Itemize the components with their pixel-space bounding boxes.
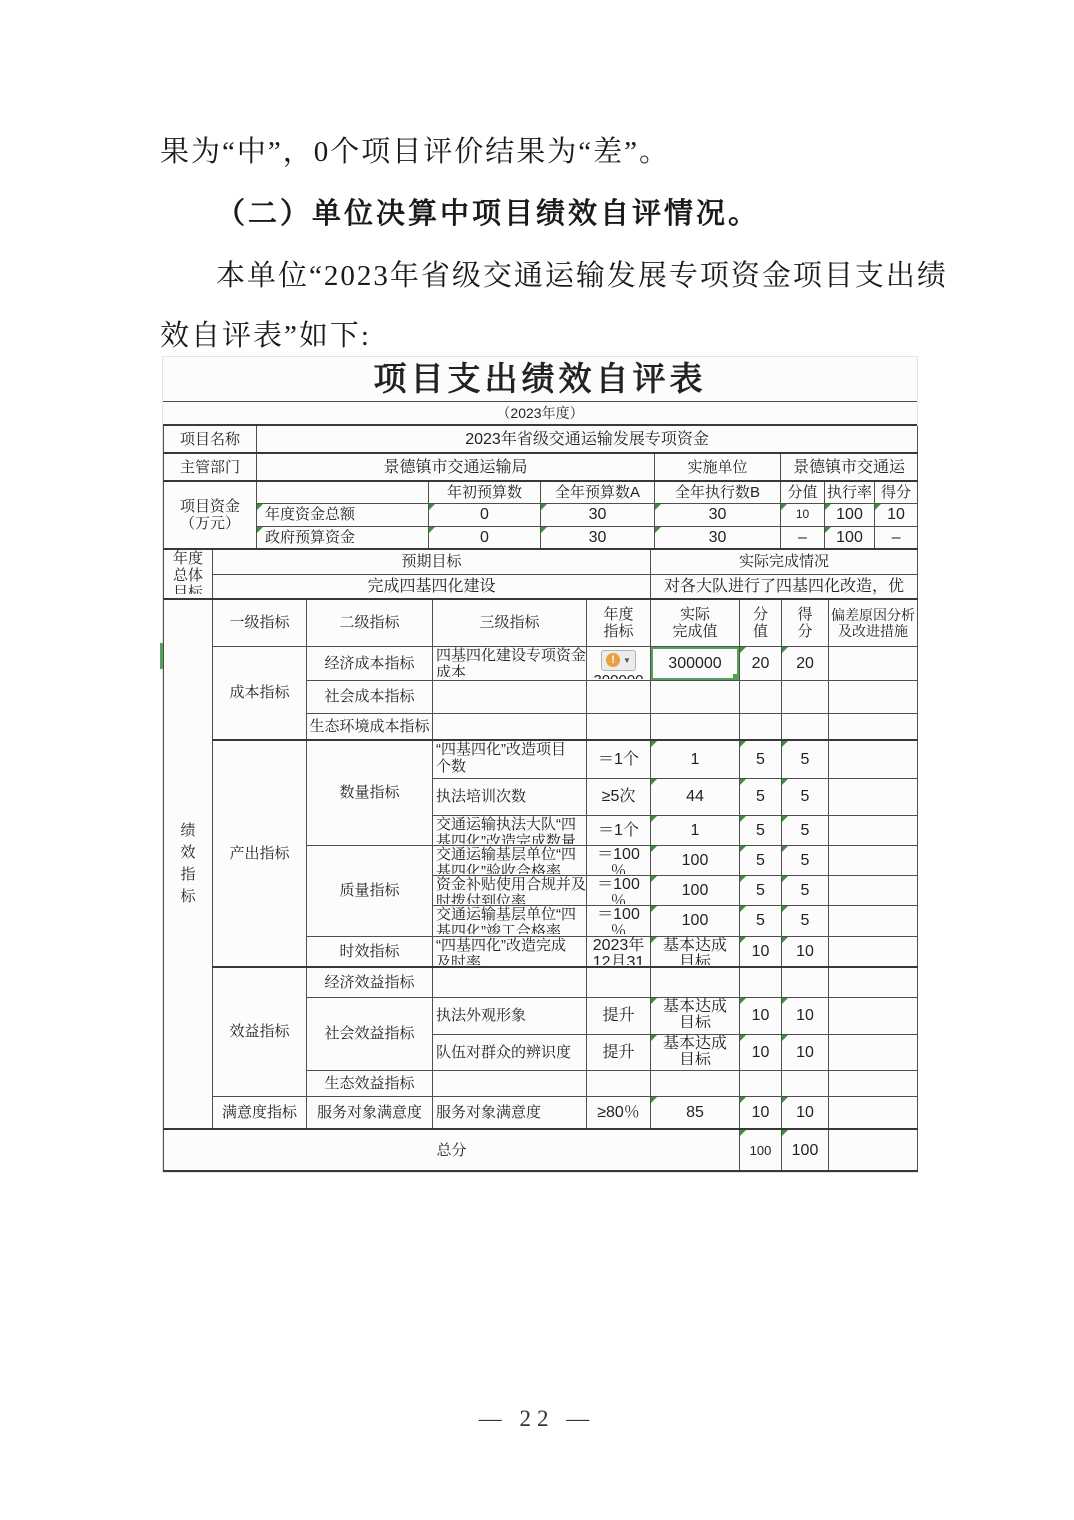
annual-indicator-value: 300000: [593, 672, 643, 679]
level3-cell: 执法培训次数: [433, 778, 587, 815]
deviation-cell: [829, 905, 918, 936]
header-deviation: 偏差原因分析 及改进措施: [829, 600, 918, 646]
empty-cell: [829, 713, 918, 740]
empty-cell: [257, 481, 429, 503]
dept-label: 主管部门: [164, 453, 257, 481]
score-cell: 10: [782, 1034, 829, 1070]
level1-satisfaction: 满意度指标: [213, 1096, 307, 1129]
level3-cell: 交通运输基层单位“四 基四化”竣工合格率: [433, 905, 587, 936]
actual-cell: 基本达成 目标: [651, 936, 740, 967]
deviation-cell: [829, 740, 918, 778]
annual-indicator-cell: ＝100 ％: [587, 845, 651, 875]
funding-cell: 100: [825, 503, 875, 526]
funding-cell: –: [875, 526, 918, 549]
actual-cell: 100: [651, 875, 740, 905]
score-cell: 5: [782, 815, 829, 845]
paragraph-line-1: 果为“中”，0个项目评价结果为“差”。: [160, 136, 670, 169]
empty-cell: [782, 713, 829, 740]
table-title: 项目支出绩效自评表: [163, 357, 917, 402]
actual-result-value: 对各大队进行了四基四化改造，优: [651, 574, 918, 599]
level3-cell: 队伍对群众的辨识度: [433, 1034, 587, 1070]
empty-cell: [782, 967, 829, 997]
header-annual: 年度 指标: [587, 600, 651, 646]
level3-cell: 资金补贴使用合规并及 时拨付到位率: [433, 875, 587, 905]
level3-cell: 四基四化建设专项资金 成本: [433, 646, 587, 680]
expected-goal-header: 预期目标: [213, 550, 651, 574]
level2-timeliness: 时效指标: [307, 936, 433, 967]
document-page: { "page": { "para1": "果为“中”，0个项目评价结果为“差”…: [0, 0, 1074, 1520]
deviation-cell: [829, 646, 918, 680]
annual-indicator-cell: 提升: [587, 997, 651, 1034]
funding-header-budget: 全年预算数A: [541, 481, 655, 503]
funding-cell: 10: [875, 503, 918, 526]
weight-cell: 5: [740, 845, 782, 875]
section-heading: （二）单位决算中项目绩效自评情况。: [216, 198, 760, 231]
level2-cell: 生态环境成本指标: [307, 713, 433, 740]
header-actual: 实际 完成值: [651, 600, 740, 646]
deviation-cell: [829, 967, 918, 997]
weight-cell: 5: [740, 740, 782, 778]
chevron-down-icon: ▼: [623, 652, 631, 669]
embedded-table-image: 项目支出绩效自评表 （2023年度） 项目名称 2023年省级交通运输发展专项资…: [163, 357, 917, 1172]
deviation-cell: [829, 1070, 918, 1096]
impl-label: 实施单位: [655, 453, 781, 481]
score-cell: 5: [782, 905, 829, 936]
annual-indicator-cell: ＝100 ％: [587, 875, 651, 905]
header-level2: 二级指标: [307, 600, 433, 646]
excel-error-dropdown: ! ▼ 300000: [587, 647, 650, 679]
empty-cell: [740, 713, 782, 740]
selected-cell: 300000: [651, 646, 740, 680]
score-cell: 5: [782, 740, 829, 778]
empty-cell: [587, 680, 651, 713]
level1-cost: 成本指标: [213, 646, 307, 740]
excel-error-button: ! ▼: [601, 650, 636, 671]
actual-cell: 100: [651, 905, 740, 936]
total-weight: 100: [740, 1129, 782, 1171]
page-number: — 22 —: [0, 1406, 1074, 1432]
empty-cell: [740, 680, 782, 713]
score-cell: 5: [782, 778, 829, 815]
weight-cell: 5: [740, 905, 782, 936]
deviation-cell: [829, 936, 918, 967]
header-level1: 一级指标: [213, 600, 307, 646]
annual-indicator-cell: 2023年 12月31: [587, 936, 651, 967]
funding-header-score: 得分: [875, 481, 918, 503]
level1-output: 产出指标: [213, 740, 307, 967]
empty-cell: [433, 713, 587, 740]
funding-label: 项目资金 （万元）: [164, 481, 257, 549]
deviation-cell: [829, 875, 918, 905]
empty-cell: [782, 1070, 829, 1096]
annual-indicator-cell: ! ▼ 300000: [587, 646, 651, 680]
funding-cell: 100: [825, 526, 875, 549]
deviation-cell: [829, 778, 918, 815]
level3-cell: “四基四化”改造完成 及时率: [433, 936, 587, 967]
empty-cell: [651, 680, 740, 713]
funding-header-initial: 年初预算数: [429, 481, 541, 503]
empty-cell: [433, 1070, 587, 1096]
level2-cell: 经济效益指标: [307, 967, 433, 997]
empty-cell: [587, 713, 651, 740]
project-name-value: 2023年省级交通运输发展专项资金: [257, 426, 918, 453]
weight-cell: 10: [740, 1096, 782, 1129]
score-cell: 5: [782, 845, 829, 875]
warning-icon: !: [606, 653, 620, 667]
empty-cell: [433, 967, 587, 997]
weight-cell: 10: [740, 936, 782, 967]
funding-cell: 30: [541, 503, 655, 526]
funding-cell: –: [781, 526, 825, 549]
weight-cell: 5: [740, 778, 782, 815]
empty-cell: [587, 967, 651, 997]
empty-cell: [651, 713, 740, 740]
level3-cell: 执法外观形象: [433, 997, 587, 1034]
empty-cell: [651, 1070, 740, 1096]
empty-cell: [651, 967, 740, 997]
actual-cell: 44: [651, 778, 740, 815]
deviation-cell: [829, 1129, 918, 1171]
actual-cell: 100: [651, 845, 740, 875]
header-weight: 分 值: [740, 600, 782, 646]
level2-quality: 质量指标: [307, 845, 433, 936]
annual-goal-table: 年度 总体 目标 预期目标 实际完成情况 完成四基四化建设 对各大队进行了四基四…: [163, 550, 918, 600]
empty-cell: [740, 967, 782, 997]
performance-side-label: 绩 效 指 标: [164, 600, 213, 1129]
score-cell: 5: [782, 875, 829, 905]
funding-row-label: 年度资金总额: [257, 503, 429, 526]
annual-indicator-cell: ＝1个: [587, 815, 651, 845]
funding-header-executed: 全年执行数B: [655, 481, 781, 503]
funding-cell: 0: [429, 526, 541, 549]
header-level3: 三级指标: [433, 600, 587, 646]
weight-cell: 10: [740, 1034, 782, 1070]
header-score: 得 分: [782, 600, 829, 646]
level2-cell: 经济成本指标: [307, 646, 433, 680]
annual-indicator-cell: ≥80％: [587, 1096, 651, 1129]
indicators-table: 绩 效 指 标 一级指标 二级指标 三级指标 年度 指标 实际 完成值 分 值 …: [163, 600, 918, 1172]
info-funding-table: 项目名称 2023年省级交通运输发展专项资金 主管部门 景德镇市交通运输局 实施…: [163, 426, 918, 550]
weight-cell: 20: [740, 646, 782, 680]
weight-cell: 10: [740, 997, 782, 1034]
actual-cell: 85: [651, 1096, 740, 1129]
dept-value: 景德镇市交通运输局: [257, 453, 655, 481]
annual-goal-label-text: 年度 总体 目标: [164, 550, 212, 594]
funding-cell: 10: [781, 503, 825, 526]
funding-cell: 0: [429, 503, 541, 526]
empty-cell: [587, 1070, 651, 1096]
funding-row-label: 政府预算资金: [257, 526, 429, 549]
funding-cell: 30: [655, 503, 781, 526]
total-label: 总分: [164, 1129, 740, 1171]
deviation-cell: [829, 845, 918, 875]
level3-cell: “四基四化”改造项目 个数: [433, 740, 587, 778]
score-cell: 10: [782, 936, 829, 967]
total-score: 100: [782, 1129, 829, 1171]
level3-cell: 交通运输执法大队“四 基四化”改造完成数量: [433, 815, 587, 845]
actual-result-header: 实际完成情况: [651, 550, 918, 574]
empty-cell: [740, 1070, 782, 1096]
funding-cell: 30: [655, 526, 781, 549]
level3-cell: 交通运输基层单位“四 基四化”验收合格率: [433, 845, 587, 875]
deviation-cell: [829, 1096, 918, 1129]
level2-cell: 服务对象满意度: [307, 1096, 433, 1129]
level2-cell: 生态效益指标: [307, 1070, 433, 1096]
project-name-label: 项目名称: [164, 426, 257, 453]
weight-cell: 5: [740, 875, 782, 905]
level3-cell: 服务对象满意度: [433, 1096, 587, 1129]
score-cell: 20: [782, 646, 829, 680]
funding-cell: 30: [541, 526, 655, 549]
impl-value: 景德镇市交通运: [781, 453, 918, 481]
deviation-cell: [829, 997, 918, 1034]
deviation-cell: [829, 1034, 918, 1070]
funding-header-weight: 分值: [781, 481, 825, 503]
annual-goal-label: 年度 总体 目标: [164, 550, 213, 599]
actual-cell: 基本达成 目标: [651, 997, 740, 1034]
annual-indicator-cell: ＝1个: [587, 740, 651, 778]
level2-cell: 社会成本指标: [307, 680, 433, 713]
level2-quantity: 数量指标: [307, 740, 433, 845]
annual-indicator-cell: 提升: [587, 1034, 651, 1070]
empty-cell: [782, 680, 829, 713]
level2-social-benefit: 社会效益指标: [307, 997, 433, 1070]
score-cell: 10: [782, 1096, 829, 1129]
deviation-cell: [829, 815, 918, 845]
annual-indicator-cell: ＝100 ％: [587, 905, 651, 936]
table-subtitle: （2023年度）: [163, 402, 917, 426]
paragraph-line-3: 效自评表”如下:: [160, 320, 371, 353]
score-cell: 10: [782, 997, 829, 1034]
actual-cell: 1: [651, 740, 740, 778]
actual-cell: 1: [651, 815, 740, 845]
weight-cell: 5: [740, 815, 782, 845]
expected-goal-value: 完成四基四化建设: [213, 574, 651, 599]
annual-indicator-cell: ≥5次: [587, 778, 651, 815]
empty-cell: [829, 680, 918, 713]
paragraph-line-2: 本单位“2023年省级交通运输发展专项资金项目支出绩: [216, 260, 948, 293]
empty-cell: [433, 680, 587, 713]
funding-header-rate: 执行率: [825, 481, 875, 503]
level1-benefit: 效益指标: [213, 967, 307, 1096]
actual-cell: 基本达成 目标: [651, 1034, 740, 1070]
